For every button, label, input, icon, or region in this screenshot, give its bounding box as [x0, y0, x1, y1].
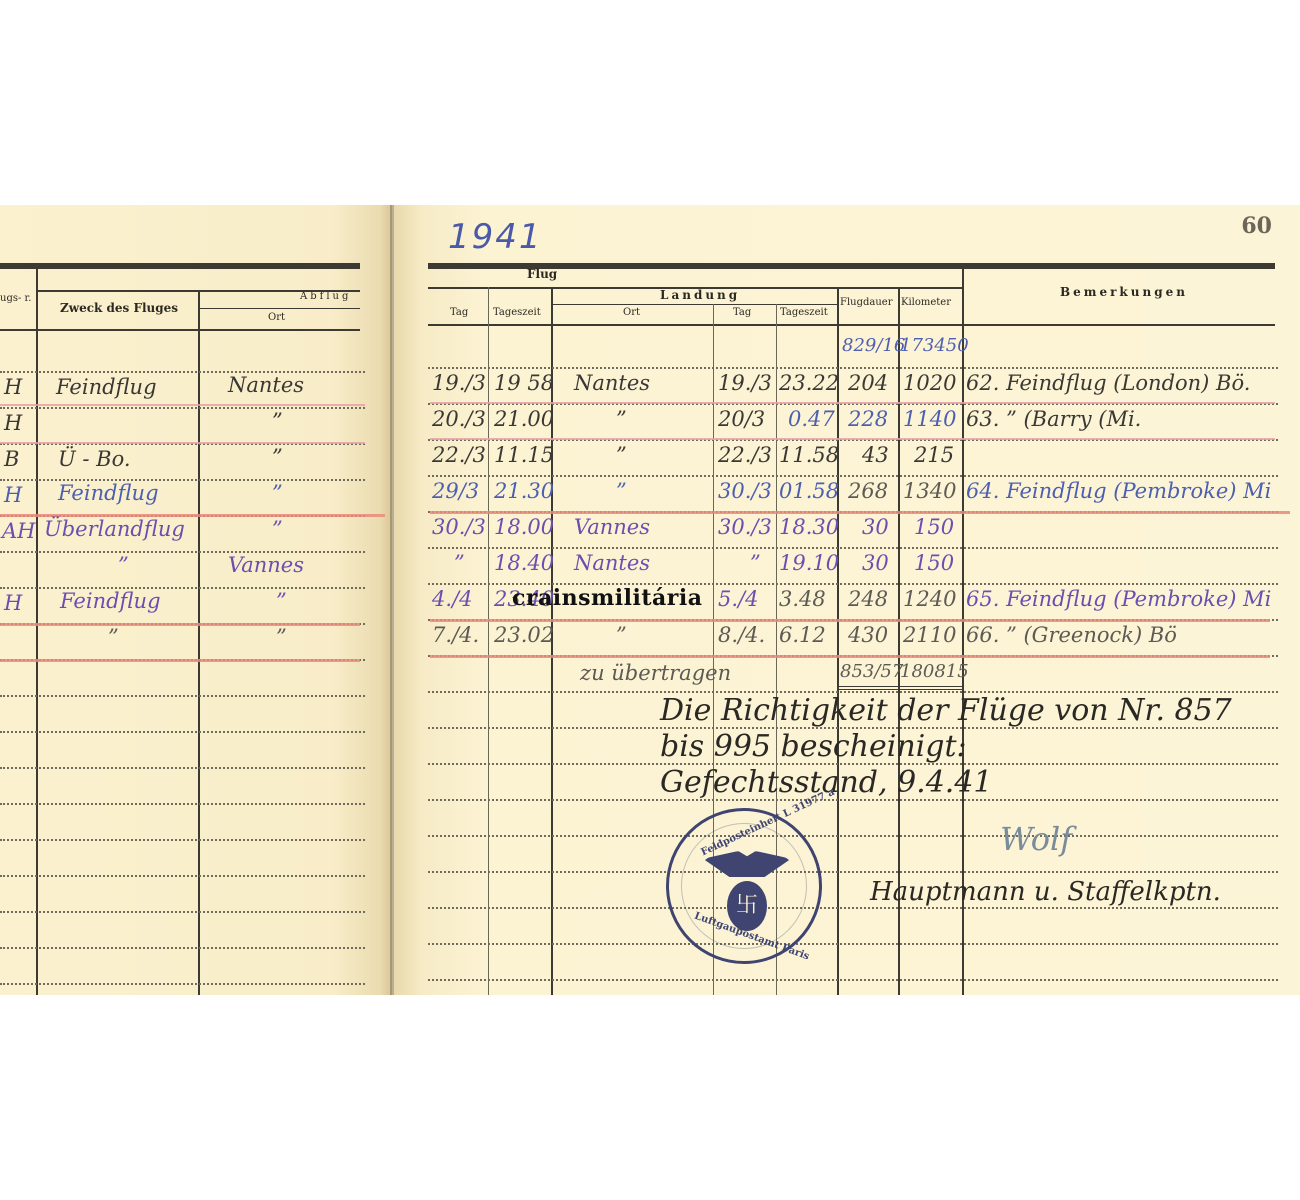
row-land-day: 20/3 [718, 407, 765, 431]
row-km: 1240 [903, 587, 956, 611]
official-stamp: Feldposteinheit L 31977 a 卐 Luftgauposta… [666, 808, 822, 964]
row-day: 22./3 [432, 443, 486, 467]
row-code: H [4, 375, 22, 399]
row-place: Vannes [574, 515, 650, 539]
row-code: H [4, 591, 22, 615]
row-land-time: 11.58 [779, 443, 839, 467]
row-day: 7./4. [432, 623, 479, 647]
total-duration: 853/57 [840, 661, 903, 682]
row-day: 19./3 [432, 371, 486, 395]
row-code: AH [2, 519, 35, 543]
year-heading: 1941 [448, 217, 543, 257]
row-land-day: 30./3 [718, 515, 772, 539]
row-land-time: 6.12 [779, 623, 826, 647]
row-remarks: 66. ” (Greenock) Bö [966, 623, 1177, 647]
remarks-header: Bemerkungen [1060, 285, 1188, 299]
duration-header: Flugdauer [840, 297, 892, 308]
page-number: 60 [1241, 213, 1272, 239]
landing-day-header: Tag [733, 307, 751, 318]
row-km: 150 [914, 551, 954, 575]
row-land-time: 18.30 [779, 515, 839, 539]
watermark: crainsmilitária [512, 585, 702, 611]
row-duration: 268 [848, 479, 888, 503]
row-place: ” [276, 625, 287, 649]
row-place: ” [272, 409, 283, 433]
header-rule [552, 304, 837, 305]
takeoff-place-header: Ort [268, 312, 285, 323]
row-place: ” [272, 517, 283, 541]
row-day: 20./3 [432, 407, 486, 431]
row-remarks: 63. ” (Barry (Mi. [966, 407, 1141, 431]
certification-line-2: bis 995 bescheinigt: [660, 729, 967, 764]
row-land-day: 8./4. [718, 623, 765, 647]
row-day: ” [454, 551, 465, 575]
row-land-day: 22./3 [718, 443, 772, 467]
landing-header: Landung [660, 288, 740, 302]
row-land-time: 01.58 [779, 479, 839, 503]
row-purpose: Feindflug [56, 375, 157, 399]
row-time: 19 58 [494, 371, 554, 395]
row-km: 1340 [903, 479, 956, 503]
row-time: 11.15 [494, 443, 554, 467]
row-land-time: 19.10 [779, 551, 839, 575]
day-header: Tag [450, 307, 468, 318]
row-time: 18.00 [494, 515, 554, 539]
row-duration: 204 [848, 371, 888, 395]
row-code: H [4, 411, 22, 435]
row-duration: 43 [862, 443, 889, 467]
row-place: ” [272, 445, 283, 469]
kilometers-header: Kilometer [901, 297, 951, 308]
row-day: 30./3 [432, 515, 486, 539]
row-time: 23.02 [494, 623, 554, 647]
time-of-day-header: Tageszeit [493, 307, 541, 318]
row-time: 18.40 [494, 551, 554, 575]
row-place: ” [616, 623, 627, 647]
row-place: Nantes [574, 551, 650, 575]
row-place: Vannes [228, 553, 304, 577]
row-remarks: 65. Feindflug (Pembroke) Mi [966, 587, 1271, 611]
row-day: 4./4 [432, 587, 472, 611]
row-km: 215 [914, 443, 954, 467]
row-duration: 430 [848, 623, 888, 647]
row-land-day: 5./4 [718, 587, 758, 611]
row-code: H [4, 483, 22, 507]
row-land-time: 23.22 [779, 371, 839, 395]
row-day: 29/3 [432, 479, 479, 503]
row-remarks: 64. Feindflug (Pembroke) Mi [966, 479, 1271, 503]
flight-header: Flug [527, 267, 557, 281]
row-land-time: 3.48 [779, 587, 826, 611]
row-km: 2110 [903, 623, 956, 647]
row-land-time: 0.47 [788, 407, 835, 431]
row-duration: 30 [862, 551, 889, 575]
row-place: ” [272, 481, 283, 505]
takeoff-header: Abflug [300, 291, 351, 302]
row-km: 150 [914, 515, 954, 539]
row-code: B [4, 447, 19, 471]
carry-in-duration: 829/16 [842, 335, 905, 356]
column-divider [198, 290, 200, 995]
row-land-day: ” [750, 551, 761, 575]
column-divider [488, 287, 489, 995]
row-purpose: Feindflug [60, 589, 161, 613]
logbook-scan: ugs- r. Zweck des Fluges Abflug Ort H Fe… [0, 205, 1300, 995]
carry-in-km: 173450 [900, 335, 969, 356]
row-km: 1020 [903, 371, 956, 395]
row-place: ” [616, 479, 627, 503]
row-time: 21.00 [494, 407, 554, 431]
header-rule [0, 263, 360, 269]
row-place: Nantes [228, 373, 304, 397]
row-duration: 30 [862, 515, 889, 539]
row-land-day: 30./3 [718, 479, 772, 503]
signature: Wolf [1000, 820, 1072, 858]
row-purpose: ” [118, 553, 129, 577]
row-purpose: ” [108, 625, 119, 649]
row-duration: 248 [848, 587, 888, 611]
row-place: ” [276, 589, 287, 613]
row-duration: 228 [848, 407, 888, 431]
row-purpose: Feindflug [58, 481, 159, 505]
landing-place-header: Ort [623, 307, 640, 318]
partial-column-header: ugs- r. [0, 293, 31, 304]
total-km: 180815 [900, 661, 969, 682]
header-rule [0, 329, 360, 331]
header-rule [428, 324, 1275, 326]
row-purpose: Überlandflug [44, 517, 185, 541]
row-place: ” [616, 407, 627, 431]
landing-time-header: Tageszeit [780, 307, 828, 318]
row-land-day: 19./3 [718, 371, 772, 395]
row-remarks: 62. Feindflug (London) Bö. [966, 371, 1250, 395]
purpose-header: Zweck des Fluges [60, 301, 178, 315]
signatory-title: Hauptmann u. Staffelkptn. [870, 877, 1221, 907]
header-rule [198, 308, 360, 309]
certification-line-1: Die Richtigkeit der Flüge von Nr. 857 [660, 693, 1232, 728]
left-page: ugs- r. Zweck des Fluges Abflug Ort H Fe… [0, 205, 392, 995]
carry-over-label: zu übertragen [580, 661, 731, 685]
row-km: 1140 [903, 407, 956, 431]
row-place: Nantes [574, 371, 650, 395]
row-purpose: Ü - Bo. [58, 447, 131, 471]
row-place: ” [616, 443, 627, 467]
column-divider [36, 265, 38, 995]
row-time: 21.30 [494, 479, 554, 503]
